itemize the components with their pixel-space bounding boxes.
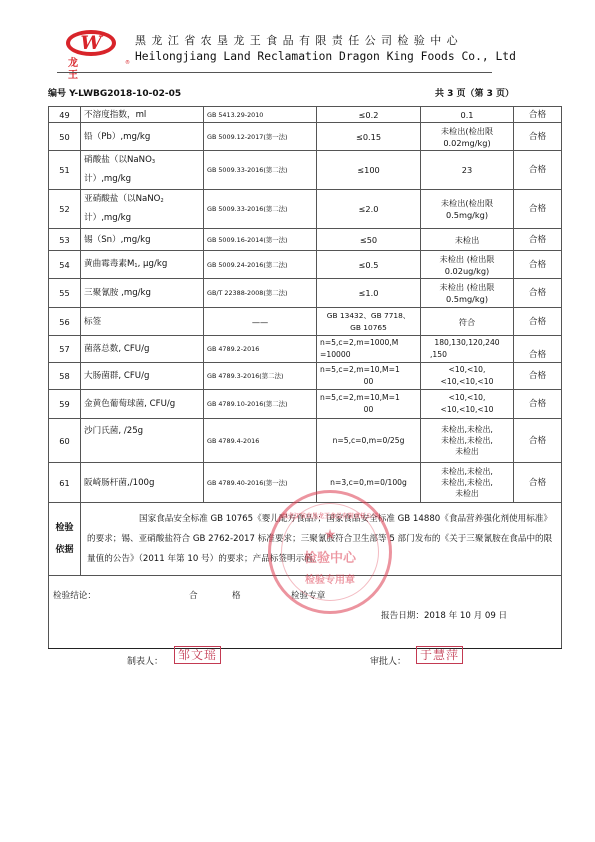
result-line: 未检出,未检出, [424, 435, 510, 446]
row-number: 55 [49, 279, 81, 308]
item-conclusion: 合格 [514, 363, 562, 390]
result-line: 未检出 [424, 446, 510, 457]
test-method: GB 4789.4-2016 [204, 419, 317, 463]
report-date: 报告日期：2018 年 10 月 09 日 [381, 610, 507, 622]
result-line: 0.02mg/kg) [424, 137, 510, 149]
result-line: ,150 [424, 349, 510, 361]
test-result: 未检出(检出限0.5mg/kg) [421, 190, 514, 229]
row-number: 54 [49, 251, 81, 279]
result-line: 未检出,未检出, [424, 424, 510, 435]
approver-label: 审批人： [370, 654, 406, 667]
table-row: 52 亚硝酸盐（以NaNO2计）,mg/kg GB 5009.33-2016(第… [49, 190, 562, 229]
logo-letter: W [66, 31, 116, 55]
item-text: , μg/kg [138, 259, 168, 269]
test-item: 三聚氰胺 ,mg/kg [81, 279, 204, 308]
preparer-signature-stamp: 邹文瑶 [174, 646, 221, 664]
table-row: 57 菌落总数, CFU/g GB 4789.2-2016 n=5,c=2,m=… [49, 336, 562, 363]
row-number: 53 [49, 229, 81, 251]
item-conclusion: 合格 [514, 151, 562, 190]
standard-line: n=5,c=2,m=10,M=1 [320, 364, 417, 376]
table-row: 53 锡（Sn）,mg/kg GB 5009.16-2014(第一法) ≤50 … [49, 229, 562, 251]
page-info: 共 3 页（第 3 页） [435, 86, 514, 99]
test-result: 未检出 [421, 229, 514, 251]
conclusion-value-2: 格 [232, 590, 241, 602]
item-conclusion: 合格 [514, 419, 562, 463]
standard-value: ≤0.5 [317, 251, 421, 279]
row-number: 59 [49, 390, 81, 419]
standard-line: GB 13432、GB 7718、 [320, 310, 417, 322]
item-conclusion: 合格 [514, 190, 562, 229]
conclusion-value-1: 合 [189, 590, 198, 602]
result-line: 未检出(检出限 [424, 125, 510, 137]
test-result: <10,<10,<10,<10,<10 [421, 363, 514, 390]
test-result: <10,<10,<10,<10,<10 [421, 390, 514, 419]
item-line: 硝酸盐（以NaNO3 [84, 152, 200, 171]
item-conclusion: 合格 [514, 336, 562, 363]
row-number: 49 [49, 107, 81, 123]
table-row: 61 阪崎肠杆菌,/100g GB 4789.40-2016(第一法) n=3,… [49, 463, 562, 503]
test-item: 标签 [81, 308, 204, 336]
standard-value: n=5,c=2,m=10,M=100 [317, 390, 421, 419]
result-line: <10,<10,<10 [424, 376, 510, 388]
table-row: 55 三聚氰胺 ,mg/kg GB/T 22388-2008(第二法) ≤1.0… [49, 279, 562, 308]
test-item: 亚硝酸盐（以NaNO2计）,mg/kg [81, 190, 204, 229]
standard-line: 00 [320, 404, 417, 416]
result-line: 未检出,未检出, [424, 477, 510, 488]
item-conclusion: 合格 [514, 251, 562, 279]
standard-value: n=5,c=0,m=0/25g [317, 419, 421, 463]
test-result: 未检出 (检出限0.5mg/kg) [421, 279, 514, 308]
test-result: 未检出 (检出限0.02ug/kg) [421, 251, 514, 279]
standard-value: n=5,c=2,m=1000,M=10000 [317, 336, 421, 363]
row-number: 58 [49, 363, 81, 390]
standard-value: n=3,c=0,m=0/100g [317, 463, 421, 503]
letterhead: W 龙 王 ® 黑龙江省农垦龙王食品有限责任公司检验中心 Heilongjian… [62, 30, 532, 76]
test-method: GB 4789.40-2016(第一法) [204, 463, 317, 503]
seal-label: 检验专章 [291, 590, 325, 602]
test-result: 未检出,未检出,未检出,未检出,未检出 [421, 419, 514, 463]
test-method: GB 5009.33-2016(第二法) [204, 190, 317, 229]
item-line: 亚硝酸盐（以NaNO2 [84, 191, 200, 210]
result-line: <10,<10, [424, 392, 510, 404]
item-line: 计）,mg/kg [84, 171, 200, 188]
test-method: GB 5009.24-2016(第二法) [204, 251, 317, 279]
test-result: 180,130,120,240,150 [421, 336, 514, 363]
test-item: 沙门氏菌, /25g [81, 419, 204, 463]
test-method: GB 5009.12-2017(第一法) [204, 123, 317, 151]
standard-value: n=5,c=2,m=10,M=100 [317, 363, 421, 390]
test-item: 铅（Pb）,mg/kg [81, 123, 204, 151]
test-result: 未检出(检出限0.02mg/kg) [421, 123, 514, 151]
test-method: —— [204, 308, 317, 336]
subscript: 3 [152, 159, 155, 165]
row-number: 52 [49, 190, 81, 229]
result-line: 未检出 (检出限 [424, 281, 510, 293]
item-conclusion: 合格 [514, 229, 562, 251]
result-line: 未检出 [424, 488, 510, 499]
item-line: 计）,mg/kg [84, 210, 200, 227]
test-result: 符合 [421, 308, 514, 336]
header-divider [57, 72, 492, 73]
result-line: 未检出,未检出, [424, 466, 510, 477]
item-conclusion: 合格 [514, 123, 562, 151]
standard-value: ≤100 [317, 151, 421, 190]
standard-value: ≤50 [317, 229, 421, 251]
row-number: 57 [49, 336, 81, 363]
test-item: 不溶度指数，ml [81, 107, 204, 123]
item-conclusion: 合格 [514, 279, 562, 308]
row-number: 51 [49, 151, 81, 190]
approver-signature-stamp: 于慧萍 [416, 646, 463, 664]
test-method: GB 4789.10-2016(第二法) [204, 390, 317, 419]
test-method: GB 5009.33-2016(第二法) [204, 151, 317, 190]
test-item: 黄曲霉毒素M1, μg/kg [81, 251, 204, 279]
standard-line: 00 [320, 376, 417, 388]
company-name-cn: 黑龙江省农垦龙王食品有限责任公司检验中心 [135, 34, 463, 48]
table-row: 58 大肠菌群, CFU/g GB 4789.3-2016(第二法) n=5,c… [49, 363, 562, 390]
result-line: 180,130,120,240 [424, 337, 510, 349]
test-result: 未检出,未检出,未检出,未检出,未检出 [421, 463, 514, 503]
test-result: 23 [421, 151, 514, 190]
standard-value: GB 13432、GB 7718、GB 10765 [317, 308, 421, 336]
result-line: 0.5mg/kg) [424, 293, 510, 305]
item-conclusion: 合格 [514, 308, 562, 336]
basis-content: 国家食品安全标准 GB 10765《婴儿配方食品》；国家食品安全标准 GB 14… [87, 514, 552, 564]
result-line: 0.02ug/kg) [424, 265, 510, 277]
item-text: 亚硝酸盐（以NaNO [84, 194, 160, 204]
table-row: 51 硝酸盐（以NaNO3计）,mg/kg GB 5009.33-2016(第二… [49, 151, 562, 190]
standard-line: =10000 [320, 349, 417, 361]
standard-line: n=5,c=2,m=1000,M [320, 337, 417, 349]
test-result: 0.1 [421, 107, 514, 123]
test-method: GB 5009.16-2014(第一法) [204, 229, 317, 251]
test-item: 阪崎肠杆菌,/100g [81, 463, 204, 503]
table-row: 56 标签 —— GB 13432、GB 7718、GB 10765 符合 合格 [49, 308, 562, 336]
item-conclusion: 合格 [514, 107, 562, 123]
standard-value: ≤0.15 [317, 123, 421, 151]
table-row: 59 金黄色葡萄球菌, CFU/g GB 4789.10-2016(第二法) n… [49, 390, 562, 419]
standard-line: n=5,c=2,m=10,M=1 [320, 392, 417, 404]
standard-value: ≤2.0 [317, 190, 421, 229]
item-conclusion: 合格 [514, 463, 562, 503]
result-line: 未检出(检出限 [424, 197, 510, 209]
table-row: 54 黄曲霉毒素M1, μg/kg GB 5009.24-2016(第二法) ≤… [49, 251, 562, 279]
test-item: 金黄色葡萄球菌, CFU/g [81, 390, 204, 419]
row-number: 56 [49, 308, 81, 336]
standard-value: ≤0.2 [317, 107, 421, 123]
results-table: 49 不溶度指数，ml GB 5413.29-2010 ≤0.2 0.1 合格 … [48, 106, 562, 649]
result-line: 未检出 (检出限 [424, 253, 510, 265]
test-item: 菌落总数, CFU/g [81, 336, 204, 363]
conclusion-label: 检验结论： [53, 590, 96, 602]
company-name-en: Heilongjiang Land Reclamation Dragon Kin… [135, 50, 516, 64]
registered-mark-icon: ® [125, 60, 130, 66]
test-method: GB 4789.3-2016(第二法) [204, 363, 317, 390]
test-method: GB/T 22388-2008(第二法) [204, 279, 317, 308]
table-row: 60 沙门氏菌, /25g GB 4789.4-2016 n=5,c=0,m=0… [49, 419, 562, 463]
standard-value: ≤1.0 [317, 279, 421, 308]
row-number: 60 [49, 419, 81, 463]
table-row: 50 铅（Pb）,mg/kg GB 5009.12-2017(第一法) ≤0.1… [49, 123, 562, 151]
company-logo: W 龙 王 [62, 30, 122, 72]
row-number: 50 [49, 123, 81, 151]
row-number: 61 [49, 463, 81, 503]
result-line: 0.5mg/kg) [424, 209, 510, 221]
test-item: 锡（Sn）,mg/kg [81, 229, 204, 251]
preparer-label: 制表人： [127, 654, 163, 667]
test-method: GB 4789.2-2016 [204, 336, 317, 363]
subscript: 2 [160, 198, 163, 204]
result-line: <10,<10,<10 [424, 404, 510, 416]
document-number: 编号 Y-LWBG2018-10-02-05 [48, 86, 181, 99]
basis-label-line: 检验 [52, 517, 77, 539]
basis-label: 检验依据 [49, 503, 81, 576]
conclusion-row: 检验结论： 合 格 检验专章 报告日期：2018 年 10 月 09 日 [49, 576, 562, 649]
conclusion-cell: 检验结论： 合 格 检验专章 报告日期：2018 年 10 月 09 日 [49, 576, 562, 649]
table-row: 49 不溶度指数，ml GB 5413.29-2010 ≤0.2 0.1 合格 [49, 107, 562, 123]
basis-label-line: 依据 [52, 539, 77, 561]
item-conclusion: 合格 [514, 390, 562, 419]
basis-row: 检验依据 国家食品安全标准 GB 10765《婴儿配方食品》；国家食品安全标准 … [49, 503, 562, 576]
item-text: 黄曲霉毒素M [84, 259, 134, 269]
test-item: 硝酸盐（以NaNO3计）,mg/kg [81, 151, 204, 190]
test-method: GB 5413.29-2010 [204, 107, 317, 123]
result-line: <10,<10, [424, 364, 510, 376]
standard-line: GB 10765 [320, 322, 417, 334]
item-text: 硝酸盐（以NaNO [84, 155, 152, 165]
basis-text: 国家食品安全标准 GB 10765《婴儿配方食品》；国家食品安全标准 GB 14… [81, 503, 562, 576]
test-item: 大肠菌群, CFU/g [81, 363, 204, 390]
logo-text: 龙 王 [68, 58, 118, 82]
